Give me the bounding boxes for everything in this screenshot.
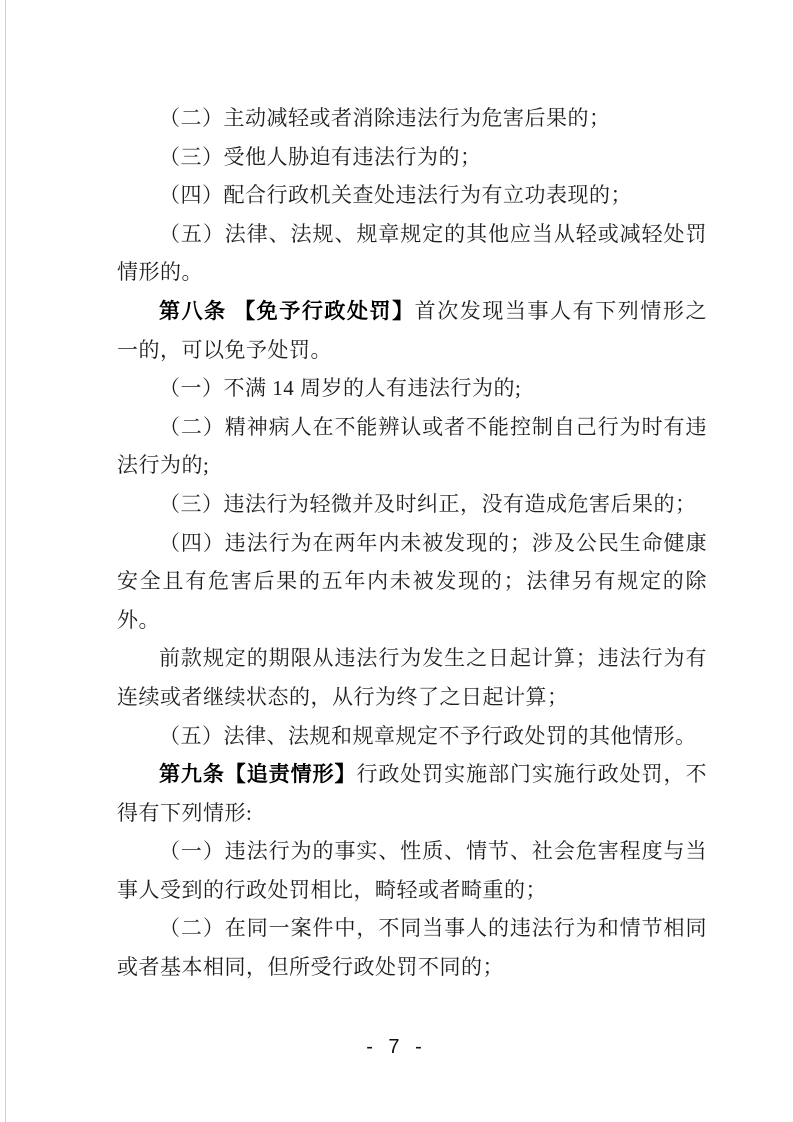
- text-line: 连续或者继续状态的，从行为终了之日起计算；: [117, 678, 707, 717]
- line-text: （五）法律、法规、规章规定的其他应当从轻或减轻处罚: [159, 222, 707, 246]
- text-line: （一）不满 14 周岁的人有违法行为的;: [117, 369, 707, 408]
- line-text: 法行为的;: [117, 453, 209, 477]
- text-line: （四）配合行政机关查处违法行为有立功表现的；: [117, 176, 707, 215]
- line-text: （五）法律、法规和规章规定不予行政处罚的其他情形。: [159, 724, 697, 748]
- line-text: 或者基本相同，但所受行政处罚不同的；: [117, 955, 504, 979]
- document-body: （二）主动减轻或者消除违法行为危害后果的；（三）受他人胁迫有违法行为的；（四）配…: [117, 99, 707, 987]
- text-line: （一）违法行为的事实、性质、情节、社会危害程度与当: [117, 832, 707, 871]
- line-text: （三）违法行为轻微并及时纠正，没有造成危害后果的；: [159, 492, 697, 516]
- text-line: （三）违法行为轻微并及时纠正，没有造成危害后果的；: [117, 485, 707, 524]
- line-text: （一）不满 14 周岁的人有违法行为的;: [159, 376, 521, 400]
- article-heading: 第九条【追责情形】: [159, 763, 356, 786]
- text-line: 事人受到的行政处罚相比，畸轻或者畸重的；: [117, 871, 707, 910]
- text-line: 前款规定的期限从违法行为发生之日起计算；违法行为有: [117, 639, 707, 678]
- line-text: （二）在同一案件中，不同当事人的违法行为和情节相同: [159, 916, 707, 940]
- article-heading: 第八条 【免予行政处罚】: [159, 300, 415, 323]
- text-line: 法行为的;: [117, 446, 707, 485]
- document-page: （二）主动减轻或者消除违法行为危害后果的；（三）受他人胁迫有违法行为的；（四）配…: [0, 0, 793, 1122]
- line-text: （一）违法行为的事实、性质、情节、社会危害程度与当: [159, 839, 707, 863]
- text-line: （五）法律、法规和规章规定不予行政处罚的其他情形。: [117, 717, 707, 756]
- text-line: （五）法律、法规、规章规定的其他应当从轻或减轻处罚: [117, 215, 707, 254]
- line-text: （三）受他人胁迫有违法行为的；: [159, 145, 482, 169]
- text-line: 一的，可以免予处罚。: [117, 331, 707, 370]
- text-line: （二）主动减轻或者消除违法行为危害后果的；: [117, 99, 707, 138]
- line-text: （二）主动减轻或者消除违法行为危害后果的；: [159, 106, 611, 130]
- line-text: 情形的。: [117, 260, 203, 284]
- text-line: 第八条 【免予行政处罚】首次发现当事人有下列情形之: [117, 292, 707, 331]
- text-line: 外。: [117, 601, 707, 640]
- line-text: 得有下列情形:: [117, 801, 252, 825]
- line-text: 连续或者继续状态的，从行为终了之日起计算；: [117, 685, 569, 709]
- line-text: （四）配合行政机关查处违法行为有立功表现的；: [159, 183, 632, 207]
- line-text: 外。: [117, 608, 160, 632]
- line-text: 行政处罚实施部门实施行政处罚，不: [356, 762, 707, 786]
- page-number: - 7 -: [0, 1036, 793, 1059]
- line-text: 前款规定的期限从违法行为发生之日起计算；违法行为有: [159, 646, 707, 670]
- text-line: 第九条【追责情形】行政处罚实施部门实施行政处罚，不: [117, 755, 707, 794]
- text-line: （三）受他人胁迫有违法行为的；: [117, 138, 707, 177]
- text-line: （二）在同一案件中，不同当事人的违法行为和情节相同: [117, 909, 707, 948]
- text-line: 情形的。: [117, 253, 707, 292]
- line-text: 首次发现当事人有下列情形之: [415, 299, 707, 323]
- line-text: （二）精神病人在不能辨认或者不能控制自己行为时有违: [159, 415, 707, 439]
- line-text: 事人受到的行政处罚相比，畸轻或者畸重的；: [117, 878, 547, 902]
- text-line: 得有下列情形:: [117, 794, 707, 833]
- line-text: 安全且有危害后果的五年内未被发现的；法律另有规定的除: [117, 569, 707, 593]
- text-line: 安全且有危害后果的五年内未被发现的；法律另有规定的除: [117, 562, 707, 601]
- line-text: 一的，可以免予处罚。: [117, 338, 332, 362]
- line-text: （四）违法行为在两年内未被发现的；涉及公民生命健康: [159, 531, 707, 555]
- page-edge-line: [5, 0, 6, 1122]
- text-line: 或者基本相同，但所受行政处罚不同的；: [117, 948, 707, 987]
- text-line: （四）违法行为在两年内未被发现的；涉及公民生命健康: [117, 524, 707, 563]
- text-line: （二）精神病人在不能辨认或者不能控制自己行为时有违: [117, 408, 707, 447]
